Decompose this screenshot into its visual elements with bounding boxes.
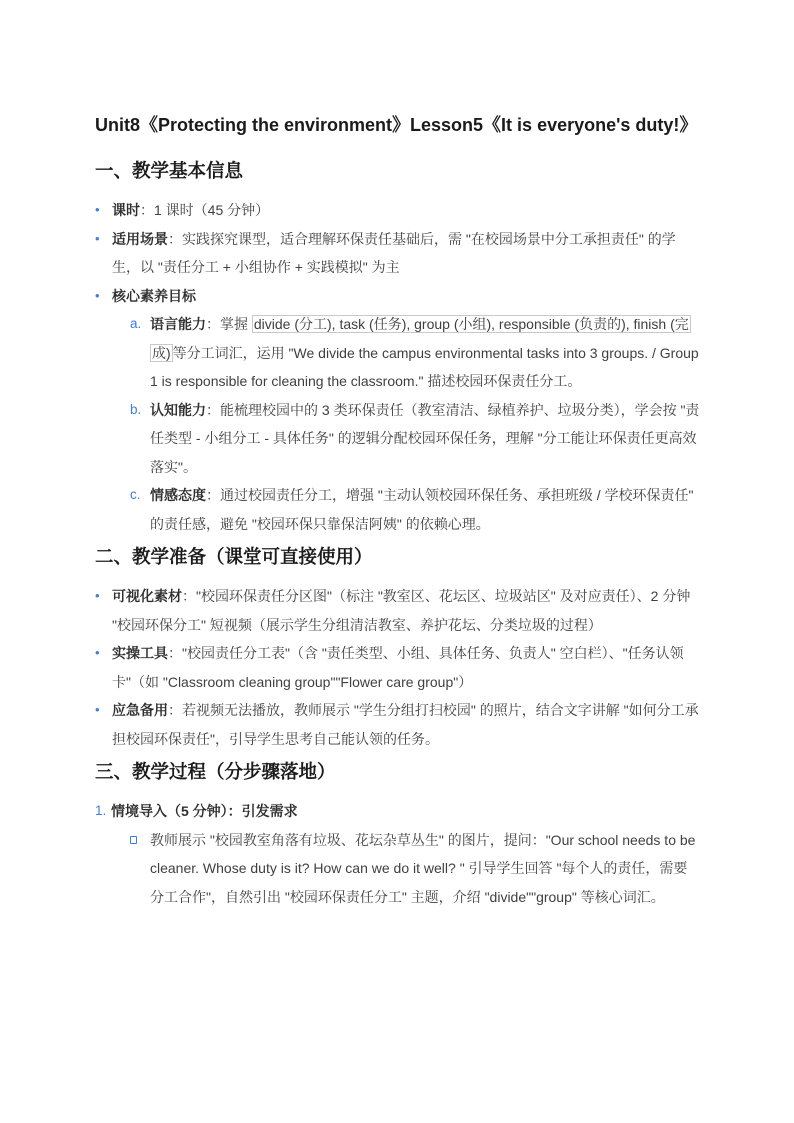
list-item: •核心素养目标a.语言能力：掌握 divide (分工), task (任务),… xyxy=(95,282,701,539)
list-item: •可视化素材："校园环保责任分区图"（标注 "教室区、花坛区、垃圾站区" 及对应… xyxy=(95,582,701,639)
list-item-text: 语言能力：掌握 divide (分工), task (任务), group (小… xyxy=(150,310,701,396)
alpha-list-marker: c. xyxy=(130,481,150,510)
bullet-icon: • xyxy=(95,696,112,725)
list-item: •课时：1 课时（45 分钟） xyxy=(95,196,701,225)
bold-text-run: 情境导入（5 分钟）：引发需求 xyxy=(111,803,298,819)
bold-text-run: 语言能力 xyxy=(150,316,206,332)
list-item-text: 适用场景：实践探究课型，适合理解环保责任基础后，需 "在校园场景中分工承担责任"… xyxy=(112,225,701,282)
list-item-text: 实操工具："校园责任分工表"（含 "责任类型、小组、具体任务、负责人" 空白栏）… xyxy=(112,639,701,696)
list-item-text: 教师展示 "校园教室角落有垃圾、花坛杂草丛生" 的图片，提问："Our scho… xyxy=(150,826,701,912)
text-run: ："校园环保责任分区图"（标注 "教室区、花坛区、垃圾站区" 及对应责任）、2 … xyxy=(112,588,690,633)
list: a.语言能力：掌握 divide (分工), task (任务), group … xyxy=(112,310,701,538)
bold-text-run: 核心素养目标 xyxy=(112,288,196,304)
list: 教师展示 "校园教室角落有垃圾、花坛杂草丛生" 的图片，提问："Our scho… xyxy=(111,826,701,912)
list-item: •实操工具："校园责任分工表"（含 "责任类型、小组、具体任务、负责人" 空白栏… xyxy=(95,639,701,696)
section-heading: 三、教学过程（分步骤落地） xyxy=(95,753,701,785)
section-heading: 二、教学准备（课堂可直接使用） xyxy=(95,538,701,570)
circle-bullet-glyph xyxy=(130,836,137,844)
list-item-text: 可视化素材："校园环保责任分区图"（标注 "教室区、花坛区、垃圾站区" 及对应责… xyxy=(112,582,701,639)
bold-text-run: 可视化素材 xyxy=(112,588,182,604)
list: •可视化素材："校园环保责任分区图"（标注 "教室区、花坛区、垃圾站区" 及对应… xyxy=(95,582,701,753)
text-run: ："校园责任分工表"（含 "责任类型、小组、具体任务、负责人" 空白栏）、"任务… xyxy=(112,645,684,690)
alpha-list-marker: b. xyxy=(130,396,150,425)
document-title: Unit8《Protecting the environment》Lesson5… xyxy=(95,108,701,142)
number-list-marker: 1. xyxy=(95,797,111,826)
list-item-text: 应急备用：若视频无法播放，教师展示 "学生分组打扫校园" 的照片，结合文字讲解 … xyxy=(112,696,701,753)
list: •课时：1 课时（45 分钟）•适用场景：实践探究课型，适合理解环保责任基础后，… xyxy=(95,196,701,538)
list-item: •应急备用：若视频无法播放，教师展示 "学生分组打扫校园" 的照片，结合文字讲解… xyxy=(95,696,701,753)
bullet-icon: • xyxy=(95,196,112,225)
bold-text-run: 实操工具 xyxy=(112,645,168,661)
list-item: a.语言能力：掌握 divide (分工), task (任务), group … xyxy=(130,310,701,396)
list-item-text: 情境导入（5 分钟）：引发需求教师展示 "校园教室角落有垃圾、花坛杂草丛生" 的… xyxy=(111,797,701,911)
list-item: b.认知能力：能梳理校园中的 3 类环保责任（教室清洁、绿植养护、垃圾分类），学… xyxy=(130,396,701,482)
list: 1.情境导入（5 分钟）：引发需求教师展示 "校园教室角落有垃圾、花坛杂草丛生"… xyxy=(95,797,701,911)
bold-text-run: 课时 xyxy=(112,202,140,218)
list-item: c.情感态度：通过校园责任分工，增强 "主动认领校园环保任务、承担班级 / 学校… xyxy=(130,481,701,538)
list-item-text: 课时：1 课时（45 分钟） xyxy=(112,196,701,225)
document-page: Unit8《Protecting the environment》Lesson5… xyxy=(0,0,794,1123)
text-run: ：实践探究课型，适合理解环保责任基础后，需 "在校园场景中分工承担责任" 的学生… xyxy=(112,231,676,276)
bullet-icon: • xyxy=(95,225,112,254)
bold-text-run: 情感态度 xyxy=(150,487,206,503)
list-item-text: 认知能力：能梳理校园中的 3 类环保责任（教室清洁、绿植养护、垃圾分类），学会按… xyxy=(150,396,701,482)
document-content: Unit8《Protecting the environment》Lesson5… xyxy=(95,108,701,911)
bold-text-run: 适用场景 xyxy=(112,231,168,247)
text-run: ：1 课时（45 分钟） xyxy=(140,202,269,218)
list-item: 教师展示 "校园教室角落有垃圾、花坛杂草丛生" 的图片，提问："Our scho… xyxy=(130,826,701,912)
list-item: •适用场景：实践探究课型，适合理解环保责任基础后，需 "在校园场景中分工承担责任… xyxy=(95,225,701,282)
text-run: ：能梳理校园中的 3 类环保责任（教室清洁、绿植养护、垃圾分类），学会按 "责任… xyxy=(150,402,699,475)
bullet-icon: • xyxy=(95,282,112,311)
list-item-text: 情感态度：通过校园责任分工，增强 "主动认领校园环保任务、承担班级 / 学校环保… xyxy=(150,481,701,538)
list-item-text: 核心素养目标a.语言能力：掌握 divide (分工), task (任务), … xyxy=(112,282,701,539)
text-run: 教师展示 "校园教室角落有垃圾、花坛杂草丛生" 的图片，提问："Our scho… xyxy=(150,832,695,905)
list-item: 1.情境导入（5 分钟）：引发需求教师展示 "校园教室角落有垃圾、花坛杂草丛生"… xyxy=(95,797,701,911)
bold-text-run: 认知能力 xyxy=(150,402,206,418)
circle-bullet-icon xyxy=(130,826,150,844)
bold-text-run: 应急备用 xyxy=(112,702,168,718)
text-run: 等分工词汇，运用 "We divide the campus environme… xyxy=(150,345,699,390)
text-run: ：通过校园责任分工，增强 "主动认领校园环保任务、承担班级 / 学校环保责任" … xyxy=(150,487,694,532)
bullet-icon: • xyxy=(95,639,112,668)
document-body: 一、教学基本信息•课时：1 课时（45 分钟）•适用场景：实践探究课型，适合理解… xyxy=(95,152,701,911)
text-run: ：若视频无法播放，教师展示 "学生分组打扫校园" 的照片，结合文字讲解 "如何分… xyxy=(112,702,699,747)
section-heading: 一、教学基本信息 xyxy=(95,152,701,184)
bullet-icon: • xyxy=(95,582,112,611)
text-run: ：掌握 xyxy=(206,316,252,332)
alpha-list-marker: a. xyxy=(130,310,150,339)
